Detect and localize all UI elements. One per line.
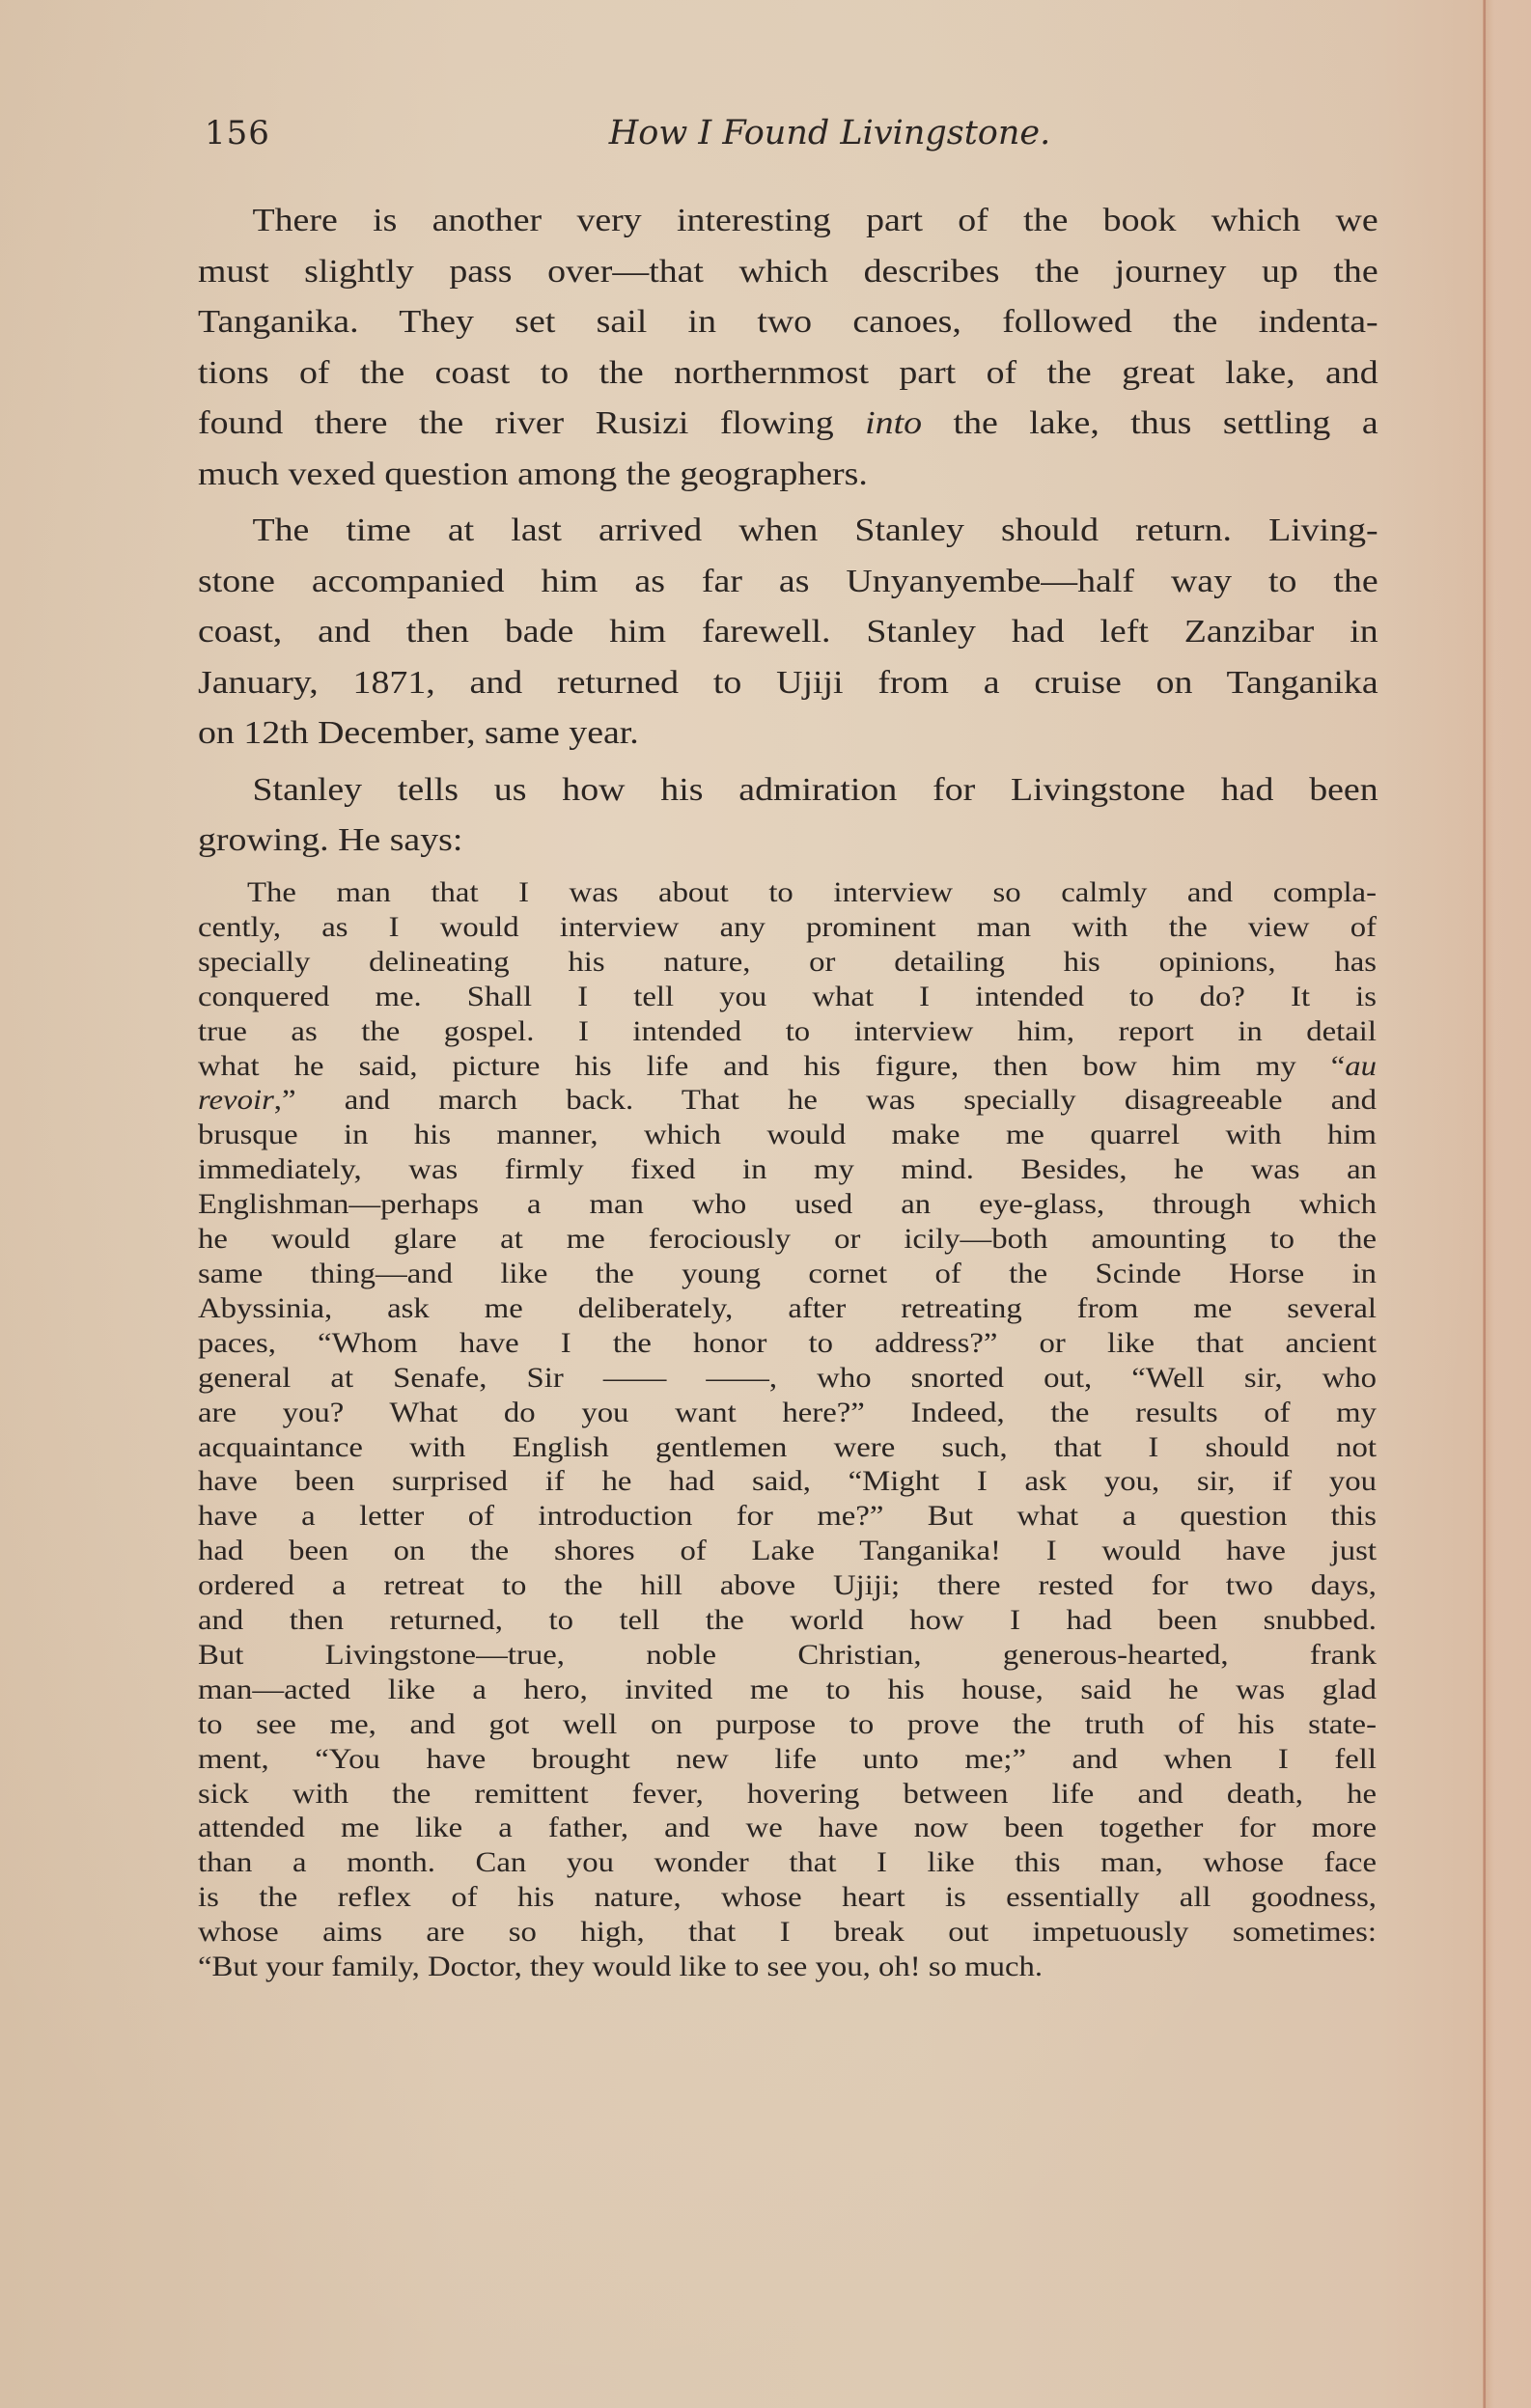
text-line: much vexed question among the geographer… (198, 450, 1378, 501)
quote-line: had been on the shores of Lake Tanganika… (198, 1535, 1377, 1569)
text-line: The time at last arrived when Stanley sh… (198, 506, 1378, 557)
paragraph-1: There is another very interesting part o… (198, 196, 1378, 500)
text-line: January, 1871, and returned to Ujiji fro… (198, 658, 1378, 709)
quote-line: same thing—and like the young cornet of … (198, 1258, 1377, 1292)
text-line: There is another very interesting part o… (198, 196, 1378, 247)
text-line: must slightly pass over—that which descr… (198, 247, 1378, 298)
running-head: 156 How I Found Livingstone. (205, 114, 1378, 162)
quote-line: are you? What do you want here?” Indeed,… (198, 1397, 1377, 1431)
quote-line: brusque in his manner, which would make … (198, 1119, 1377, 1153)
text-line: Tanganika. They set sail in two canoes, … (198, 297, 1378, 348)
quote-line: have been surprised if he had said, “Mig… (198, 1465, 1377, 1500)
quote-paragraph: The man that I was about to interview so… (198, 876, 1377, 1985)
quote-line: “But your family, Doctor, they would lik… (198, 1951, 1377, 1985)
italic-word: into (865, 405, 922, 441)
quote-line: paces, “Whom have I the honor to address… (198, 1327, 1377, 1362)
text-line: coast, and then bade him farewell. Stanl… (198, 607, 1378, 658)
text-line: growing. He says: (198, 816, 1378, 867)
quote-line: whose aims are so high, that I break out… (198, 1916, 1377, 1951)
quote-line: what he said, picture his life and his f… (198, 1050, 1377, 1085)
running-title: How I Found Livingstone. (205, 114, 1378, 152)
quote-line: conquered me. Shall I tell you what I in… (198, 981, 1377, 1015)
quote-line: sick with the remittent fever, hovering … (198, 1778, 1377, 1813)
quote-line: general at Senafe, Sir —— ——, who snorte… (198, 1362, 1377, 1397)
text-line: Stanley tells us how his admiration for … (198, 765, 1378, 817)
quote-line: attended me like a father, and we have n… (198, 1812, 1377, 1846)
quote-line: cently, as I would interview any promine… (198, 911, 1377, 946)
quote-line: have a letter of introduction for me?” B… (198, 1500, 1377, 1535)
quote-line: Englishman—perhaps a man who used an eye… (198, 1188, 1377, 1223)
quote-line: But Livingstone—true, noble Christian, g… (198, 1639, 1377, 1674)
quote-line: ordered a retreat to the hill above Ujij… (198, 1569, 1377, 1604)
paragraph-3: Stanley tells us how his admiration for … (198, 765, 1378, 867)
text-line: on 12th December, same year. (198, 708, 1378, 760)
paragraph-2: The time at last arrived when Stanley sh… (198, 506, 1378, 760)
quote-line: The man that I was about to interview so… (198, 876, 1377, 911)
text-line-with-italic: found there the river Rusizi flowing int… (198, 399, 1378, 450)
quote-line: to see me, and got well on purpose to pr… (198, 1708, 1377, 1743)
quote-line: true as the gospel. I intended to interv… (198, 1015, 1377, 1050)
text-line: tions of the coast to the northernmost p… (198, 348, 1378, 400)
italic-word: revoir (198, 1085, 274, 1116)
quote-line: than a month. Can you wonder that I like… (198, 1846, 1377, 1881)
block-quote: The man that I was about to interview so… (198, 876, 1507, 1985)
quote-line: man—acted like a hero, invited me to his… (198, 1674, 1377, 1708)
quote-line: revoir,” and march back. That he was spe… (198, 1084, 1377, 1119)
quote-line: and then returned, to tell the world how… (198, 1604, 1377, 1639)
quote-line: he would glare at me ferociously or icil… (198, 1223, 1377, 1258)
quote-line: ment, “You have brought new life unto me… (198, 1743, 1377, 1778)
quote-line: acquaintance with English gentlemen were… (198, 1431, 1377, 1466)
quote-line: is the reflex of his nature, whose heart… (198, 1881, 1377, 1916)
body-text: There is another very interesting part o… (198, 196, 1531, 872)
quote-line: specially delineating his nature, or det… (198, 946, 1377, 981)
text-line: stone accompanied him as far as Unyanyem… (198, 557, 1378, 608)
italic-word: au (1345, 1051, 1377, 1082)
quote-line: immediately, was firmly fixed in my mind… (198, 1153, 1377, 1188)
quote-line: Abyssinia, ask me deliberately, after re… (198, 1292, 1377, 1327)
